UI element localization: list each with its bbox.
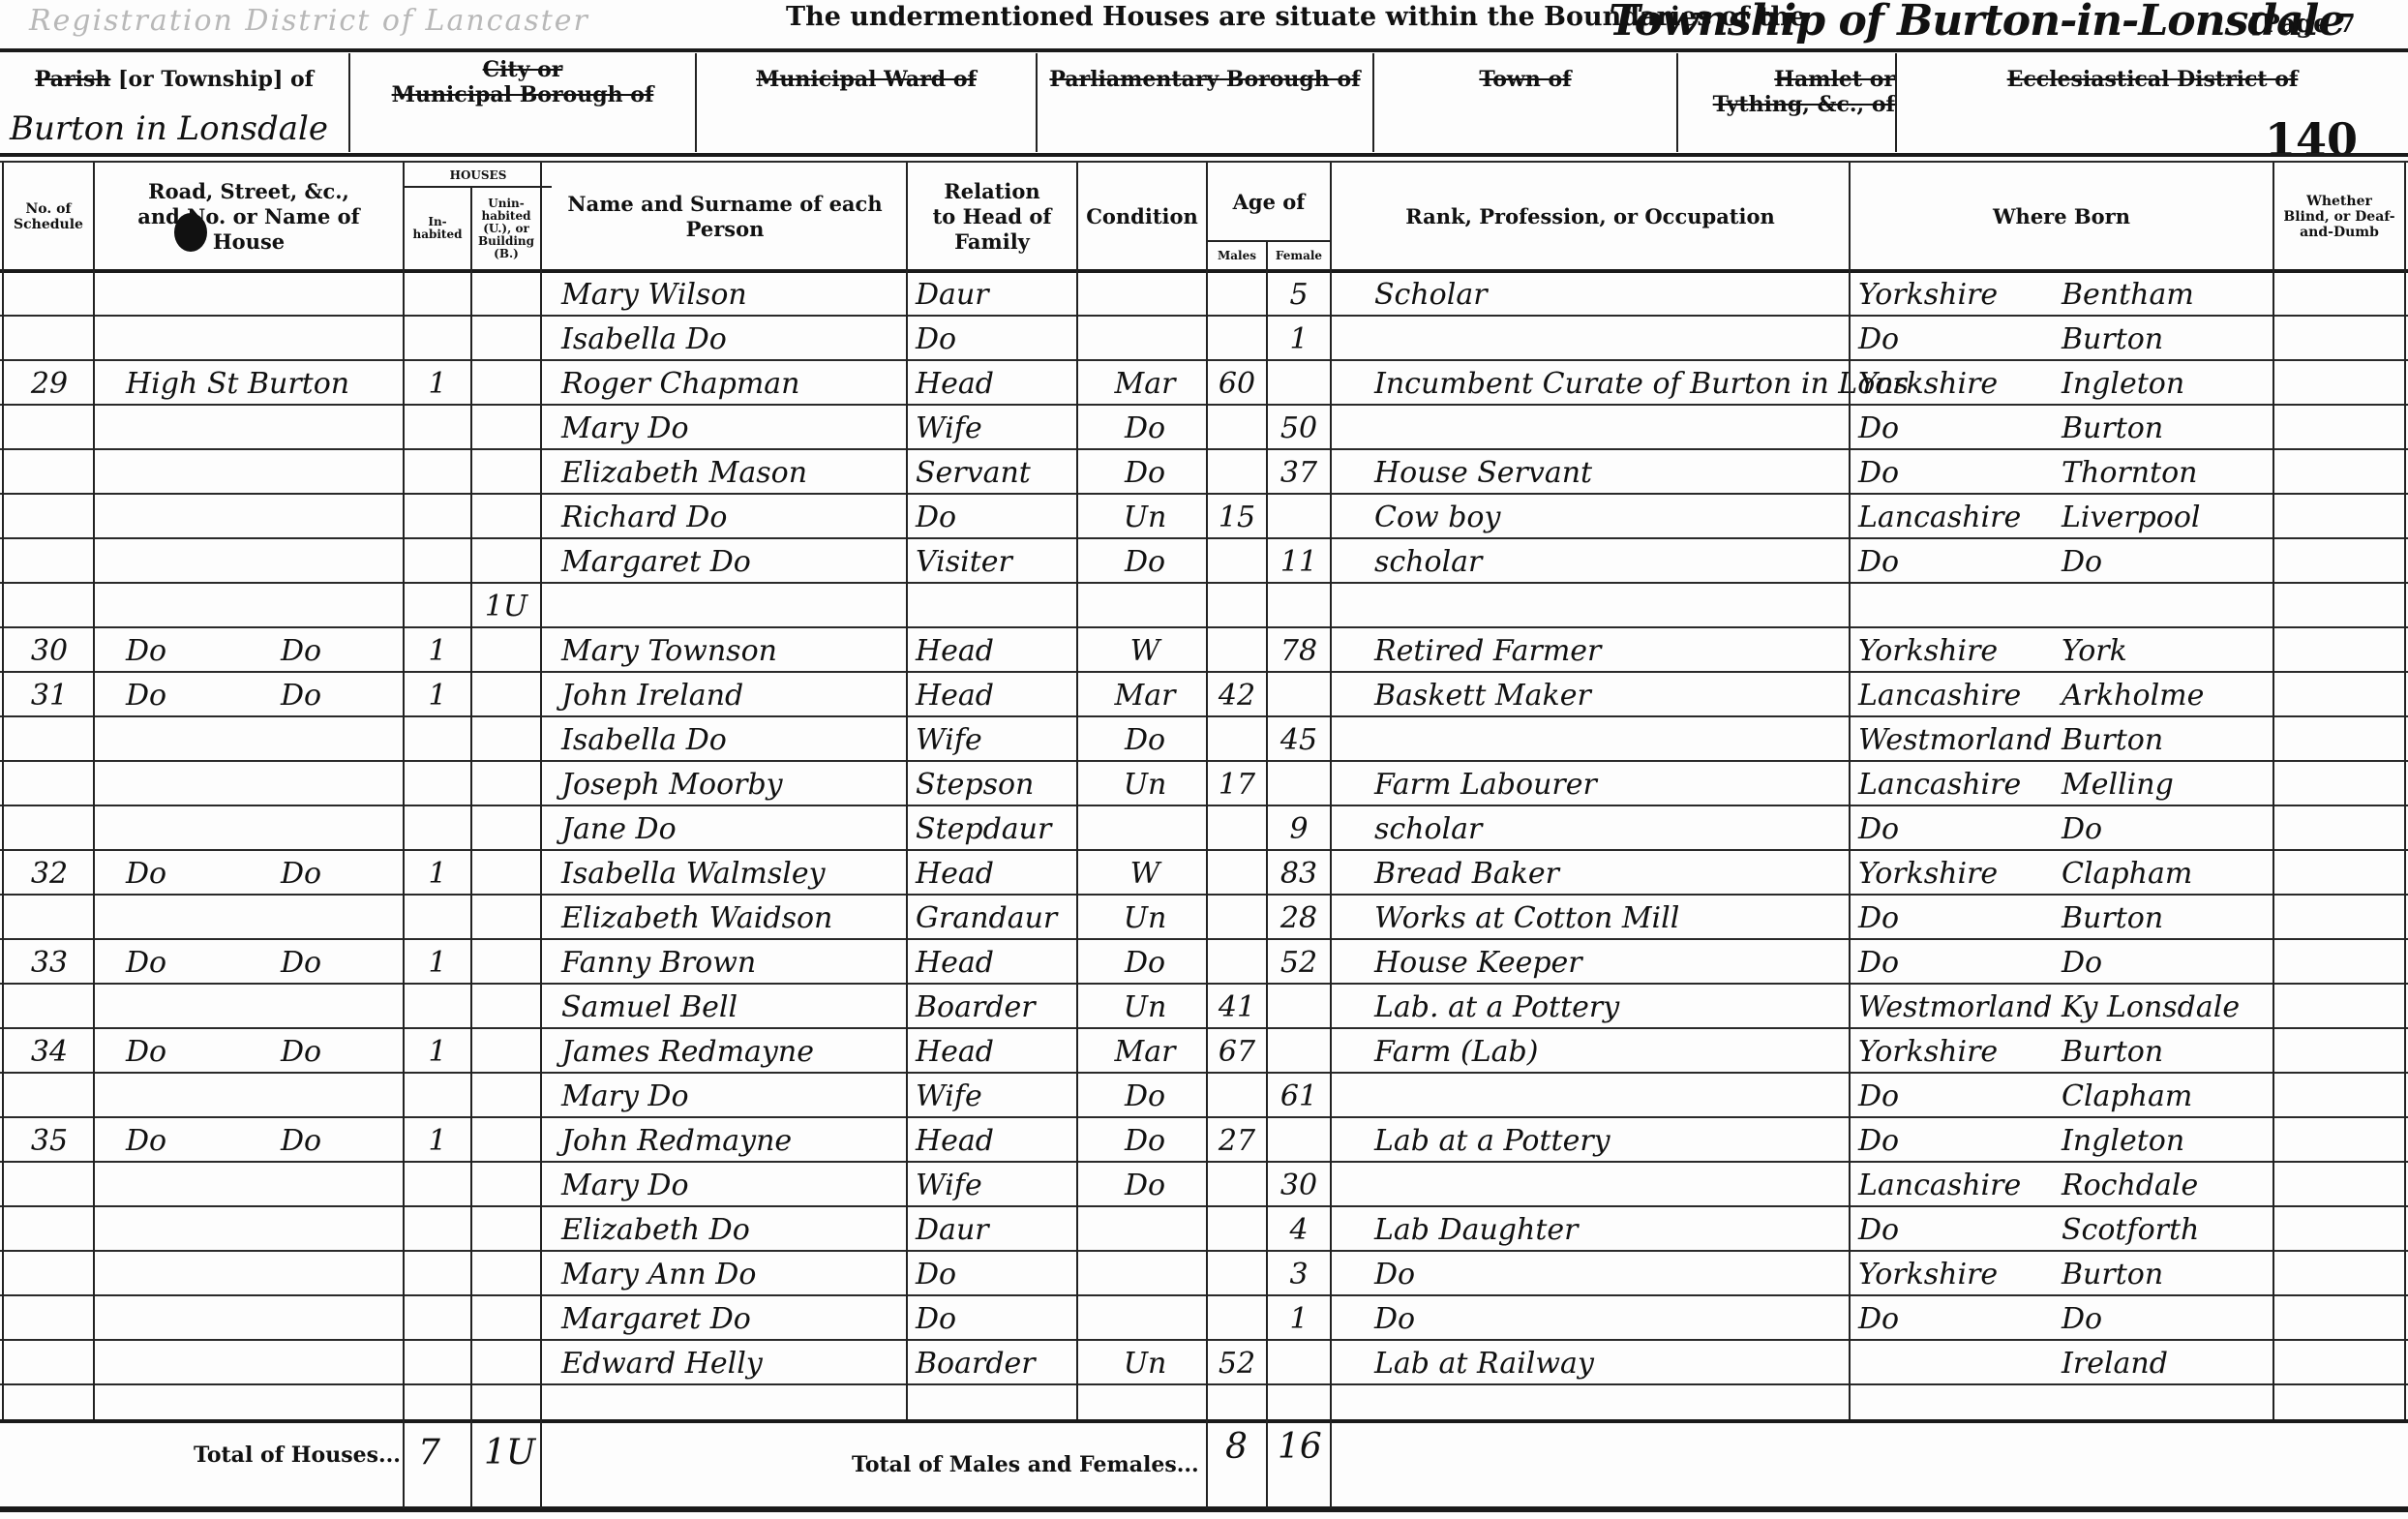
cell-condition: W <box>1084 629 1206 674</box>
cell-occupation: scholar <box>1374 540 1849 585</box>
cell-female-age <box>1268 763 1330 807</box>
cell-born-place: Do <box>2062 540 2274 585</box>
table-row: Elizabeth WaidsonGrandaurUn28Works at Co… <box>0 896 2408 941</box>
cell-name: Margaret Do <box>561 540 906 585</box>
cell-relation: Head <box>916 1030 1076 1075</box>
district-label: Municipal Ward of <box>697 67 1036 92</box>
cell-relation: Head <box>916 674 1076 718</box>
cell-road <box>126 1297 242 1342</box>
cell-road-b <box>281 1208 397 1253</box>
cell-blind <box>2274 763 2404 807</box>
cell-female-age: 52 <box>1268 941 1330 986</box>
total-males: 8 <box>1225 1427 1248 1467</box>
cell-blind <box>2274 1030 2404 1075</box>
cell-road <box>126 807 242 852</box>
cell-relation: Do <box>916 1253 1076 1297</box>
cell-occupation: Lab. at a Pottery <box>1374 986 1849 1030</box>
cell-inhabited <box>405 1075 470 1119</box>
district-parish: Parish [or Township] of Burton in Lonsda… <box>0 53 348 150</box>
cell-road <box>126 540 242 585</box>
table-row: Mary Ann DoDo3DoYorkshireBurton <box>0 1253 2408 1297</box>
cell-born-place: Clapham <box>2062 852 2274 896</box>
cell-blind <box>2274 1208 2404 1253</box>
cell-condition: Do <box>1084 1119 1206 1164</box>
column-rule <box>540 1419 542 1508</box>
cell-inhabited <box>405 451 470 496</box>
township-handwritten: Township of Burton-in-Lonsdale <box>1609 0 2344 46</box>
cell-born-county: Do <box>1858 540 2052 585</box>
district-value: Burton in Lonsdale <box>10 109 328 148</box>
header-label: HOUSES <box>450 169 507 182</box>
census-page: Registration District of Lancaster The u… <box>0 0 2408 1519</box>
page-number: [Page 7 <box>2249 10 2356 39</box>
cell-road <box>126 1342 242 1386</box>
table-row: Edward HellyBoarderUn52Lab at RailwayIre… <box>0 1342 2408 1386</box>
row-rule <box>0 760 2408 762</box>
cell-occupation: Do <box>1374 1297 1849 1342</box>
cell-name: Elizabeth Do <box>561 1208 906 1253</box>
table-row: Mary DoWifeDo61DoClapham <box>0 1075 2408 1119</box>
cell-inhabited: 1 <box>405 941 470 986</box>
cell-road <box>126 407 242 451</box>
cell-condition <box>1084 318 1206 362</box>
cell-uninhabited: 1U <box>472 585 540 629</box>
cell-road: Do <box>126 941 242 986</box>
cell-born-place: Scotforth <box>2062 1208 2274 1253</box>
cell-inhabited <box>405 1208 470 1253</box>
header-label: Relation <box>944 179 1039 204</box>
cell-female-age: 5 <box>1268 273 1330 318</box>
cell-inhabited <box>405 407 470 451</box>
cell-blind <box>2274 1342 2404 1386</box>
header-label: Males <box>1218 250 1256 262</box>
cell-road-b: Do <box>281 1030 397 1075</box>
header-condition: Condition <box>1078 165 1206 269</box>
header-label: Blind, or Deaf- <box>2283 209 2394 225</box>
cell-born-county: Do <box>1858 1297 2052 1342</box>
district-label: Town of <box>1374 67 1676 92</box>
district-label: Parliamentary Borough of <box>1038 67 1372 92</box>
header-label: Condition <box>1086 204 1198 229</box>
cell-born-place: Do <box>2062 1297 2274 1342</box>
district-parliamentary: Parliamentary Borough of <box>1038 53 1372 150</box>
cell-uninhabited <box>472 1253 540 1297</box>
cell-name: Richard Do <box>561 496 906 540</box>
column-rule <box>1330 1419 1332 1508</box>
cell-condition: Do <box>1084 540 1206 585</box>
cell-road-b <box>281 496 397 540</box>
cell-born-place: Clapham <box>2062 1075 2274 1119</box>
cell-schedule <box>6 273 93 318</box>
row-rule <box>0 1072 2408 1074</box>
cell-blind <box>2274 718 2404 763</box>
cell-occupation: Incumbent Curate of Burton in Lons <box>1374 362 1849 407</box>
cell-road-b <box>281 986 397 1030</box>
header-label: and-Dumb <box>2300 225 2379 240</box>
cell-female-age: 28 <box>1268 896 1330 941</box>
row-rule <box>0 359 2408 361</box>
cell-uninhabited <box>472 496 540 540</box>
cell-road-b <box>281 807 397 852</box>
cell-born-county: Lancashire <box>1858 1164 2052 1208</box>
row-rule <box>0 537 2408 539</box>
header-label: In-habited <box>405 216 470 241</box>
divider <box>0 1506 2408 1512</box>
ink-blot <box>174 213 207 252</box>
table-row: 29High St Burton1Roger ChapmanHeadMar60I… <box>0 362 2408 407</box>
cell-condition: Un <box>1084 896 1206 941</box>
cell-condition: Do <box>1084 1075 1206 1119</box>
district-label: Ecclesiastical District of <box>1897 67 2408 92</box>
cell-road: Do <box>126 674 242 718</box>
header-label: Name and Surname of each <box>567 192 882 217</box>
cell-road-b <box>281 1075 397 1119</box>
header-label: Family <box>954 229 1030 255</box>
cell-male-age <box>1208 718 1266 763</box>
cell-uninhabited <box>472 407 540 451</box>
cell-inhabited <box>405 807 470 852</box>
cell-occupation <box>1374 718 1849 763</box>
cell-female-age <box>1268 986 1330 1030</box>
header-label: House <box>213 229 285 255</box>
cell-schedule: 30 <box>6 629 93 674</box>
header-name: Name and Surname of each Person <box>544 165 906 269</box>
cell-occupation: Lab Daughter <box>1374 1208 1849 1253</box>
header-road: Road, Street, &c., and No. or Name of Ho… <box>95 165 403 269</box>
column-rule <box>2 163 4 1419</box>
cell-born-county: Do <box>1858 896 2052 941</box>
cell-condition <box>1084 1253 1206 1297</box>
cell-uninhabited <box>472 629 540 674</box>
cell-condition: Mar <box>1084 1030 1206 1075</box>
cell-female-age: 83 <box>1268 852 1330 896</box>
cell-condition <box>1084 585 1206 629</box>
cell-road <box>126 318 242 362</box>
cell-occupation: Cow boy <box>1374 496 1849 540</box>
cell-name: Elizabeth Waidson <box>561 896 906 941</box>
cell-male-age: 27 <box>1208 1119 1266 1164</box>
cell-born-place: Ireland <box>2062 1342 2274 1386</box>
column-rule <box>1849 163 1851 1419</box>
cell-blind <box>2274 852 2404 896</box>
table-row: Margaret DoDo1DoDoDo <box>0 1297 2408 1342</box>
cell-schedule <box>6 540 93 585</box>
cell-relation: Servant <box>916 451 1076 496</box>
cell-born-place: Burton <box>2062 896 2274 941</box>
row-rule <box>0 715 2408 717</box>
cell-condition: Do <box>1084 941 1206 986</box>
cell-schedule <box>6 585 93 629</box>
column-rule <box>1206 163 1208 1419</box>
column-rule <box>403 163 405 1419</box>
cell-road-b: Do <box>281 941 397 986</box>
row-rule <box>0 983 2408 985</box>
cell-blind <box>2274 896 2404 941</box>
cell-uninhabited <box>472 540 540 585</box>
cell-road-b <box>281 1164 397 1208</box>
header-uninhabited: Unin-habited (U.), or Building (B.) <box>472 188 540 269</box>
table-row: Elizabeth DoDaur4Lab DaughterDoScotforth <box>0 1208 2408 1253</box>
cell-male-age: 41 <box>1208 986 1266 1030</box>
cell-born-county: Yorkshire <box>1858 852 2052 896</box>
cell-name: Jane Do <box>561 807 906 852</box>
cell-name: Mary Do <box>561 1164 906 1208</box>
district-hamlet: Hamlet or Tything, &c., of <box>1678 53 1895 150</box>
cell-blind <box>2274 407 2404 451</box>
cell-relation: Grandaur <box>916 896 1076 941</box>
cell-road-b <box>281 1253 397 1297</box>
cell-name: Elizabeth Mason <box>561 451 906 496</box>
header-where-born: Where Born <box>1851 165 2273 269</box>
cell-male-age <box>1208 807 1266 852</box>
cell-male-age <box>1208 407 1266 451</box>
cell-road-b: Do <box>281 1119 397 1164</box>
cell-blind <box>2274 1253 2404 1297</box>
cell-schedule <box>6 1208 93 1253</box>
cell-road: Do <box>126 852 242 896</box>
cell-schedule <box>6 451 93 496</box>
cell-occupation: Lab at Railway <box>1374 1342 1849 1386</box>
cell-road-b <box>281 1297 397 1342</box>
cell-schedule: 34 <box>6 1030 93 1075</box>
row-rule <box>0 404 2408 406</box>
cell-relation: Visiter <box>916 540 1076 585</box>
header-males: Males <box>1208 242 1266 269</box>
cell-male-age <box>1208 585 1266 629</box>
row-rule <box>0 1027 2408 1029</box>
cell-road-b <box>281 540 397 585</box>
header-label: Person <box>686 217 765 242</box>
cell-born-place: Burton <box>2062 407 2274 451</box>
cell-name: Mary Do <box>561 407 906 451</box>
cell-uninhabited <box>472 807 540 852</box>
cell-uninhabited <box>472 1164 540 1208</box>
cell-schedule: 35 <box>6 1119 93 1164</box>
cell-schedule <box>6 407 93 451</box>
cell-name: Joseph Moorby <box>561 763 906 807</box>
cell-male-age: 52 <box>1208 1342 1266 1386</box>
cell-uninhabited <box>472 362 540 407</box>
cell-relation: Head <box>916 629 1076 674</box>
cell-born-place: Arkholme <box>2062 674 2274 718</box>
cell-inhabited: 1 <box>405 362 470 407</box>
cell-female-age: 11 <box>1268 540 1330 585</box>
cell-relation <box>916 585 1076 629</box>
column-rule <box>403 1419 405 1508</box>
cell-inhabited <box>405 496 470 540</box>
cell-female-age: 61 <box>1268 1075 1330 1119</box>
cell-schedule: 32 <box>6 852 93 896</box>
cell-born-place: Melling <box>2062 763 2274 807</box>
cell-uninhabited <box>472 273 540 318</box>
district-borough: City or Municipal Borough of <box>350 53 695 150</box>
cell-female-age: 4 <box>1268 1208 1330 1253</box>
cell-name: Fanny Brown <box>561 941 906 986</box>
cell-male-age <box>1208 540 1266 585</box>
cell-uninhabited <box>472 1075 540 1119</box>
cell-schedule: 33 <box>6 941 93 986</box>
cell-male-age <box>1208 1253 1266 1297</box>
column-rule <box>470 1419 472 1508</box>
cell-blind <box>2274 585 2404 629</box>
column-rule <box>93 163 95 1419</box>
header-label: Road, Street, &c., <box>148 179 349 204</box>
cell-occupation <box>1374 407 1849 451</box>
total-females: 16 <box>1278 1427 1322 1467</box>
row-rule <box>0 315 2408 317</box>
header-label: and No. or Name of <box>137 204 359 229</box>
cell-condition: Un <box>1084 496 1206 540</box>
cell-road <box>126 1164 242 1208</box>
cell-road-b <box>281 273 397 318</box>
cell-occupation: Lab at a Pottery <box>1374 1119 1849 1164</box>
district-label: City or <box>350 57 695 82</box>
cell-inhabited <box>405 1253 470 1297</box>
cell-road <box>126 718 242 763</box>
cell-inhabited: 1 <box>405 629 470 674</box>
cell-condition: W <box>1084 852 1206 896</box>
cell-occupation: Farm Labourer <box>1374 763 1849 807</box>
cell-blind <box>2274 496 2404 540</box>
cell-male-age <box>1208 318 1266 362</box>
cell-condition <box>1084 1208 1206 1253</box>
table-row: Jane DoStepdaur9scholarDoDo <box>0 807 2408 852</box>
divider <box>0 153 2408 157</box>
total-inhabited: 7 <box>418 1433 440 1473</box>
cell-name: Margaret Do <box>561 1297 906 1342</box>
column-rule <box>906 163 908 1419</box>
faded-registration-text: Registration District of Lancaster <box>29 4 589 38</box>
cell-road-b <box>281 585 397 629</box>
cell-born-place: Burton <box>2062 1030 2274 1075</box>
cell-born-county: Do <box>1858 807 2052 852</box>
cell-inhabited <box>405 540 470 585</box>
cell-uninhabited <box>472 941 540 986</box>
cell-road-b <box>281 451 397 496</box>
cell-male-age <box>1208 451 1266 496</box>
cell-relation: Do <box>916 318 1076 362</box>
cell-born-county: Do <box>1858 1075 2052 1119</box>
cell-born-county: Westmorland <box>1858 986 2052 1030</box>
row-rule <box>0 1383 2408 1385</box>
table-row: Isabella DoWifeDo45WestmorlandBurton <box>0 718 2408 763</box>
cell-born-county <box>1858 1342 2052 1386</box>
cell-uninhabited <box>472 718 540 763</box>
cell-name: John Ireland <box>561 674 906 718</box>
cell-relation: Wife <box>916 407 1076 451</box>
cell-born-county: Yorkshire <box>1858 362 2052 407</box>
cell-female-age <box>1268 1119 1330 1164</box>
header-label: No. of Schedule <box>4 201 93 232</box>
district-ward: Municipal Ward of <box>697 53 1036 150</box>
cell-male-age <box>1208 629 1266 674</box>
cell-born-place: Rochdale <box>2062 1164 2274 1208</box>
cell-inhabited: 1 <box>405 674 470 718</box>
cell-blind <box>2274 362 2404 407</box>
cell-blind <box>2274 1164 2404 1208</box>
cell-name: Roger Chapman <box>561 362 906 407</box>
cell-blind <box>2274 451 2404 496</box>
cell-blind <box>2274 1075 2404 1119</box>
cell-road <box>126 1208 242 1253</box>
cell-inhabited <box>405 1342 470 1386</box>
cell-inhabited <box>405 718 470 763</box>
row-rule <box>0 1161 2408 1163</box>
cell-condition <box>1084 1297 1206 1342</box>
cell-road-b <box>281 763 397 807</box>
cell-relation: Do <box>916 496 1076 540</box>
column-rule <box>470 188 472 1419</box>
header-houses: HOUSES <box>405 165 552 188</box>
district-label: Municipal Borough of <box>350 82 695 107</box>
cell-female-age <box>1268 362 1330 407</box>
row-rule <box>0 1339 2408 1341</box>
column-rule <box>2273 163 2274 1419</box>
cell-schedule: 29 <box>6 362 93 407</box>
cell-female-age <box>1268 585 1330 629</box>
cell-male-age <box>1208 1164 1266 1208</box>
cell-road <box>126 273 242 318</box>
cell-road-b <box>281 1342 397 1386</box>
column-rule <box>540 163 542 1419</box>
ecclesiastical-number: 140 <box>2265 113 2358 166</box>
cell-born-county: Lancashire <box>1858 496 2052 540</box>
cell-female-age: 1 <box>1268 318 1330 362</box>
cell-born-place: Ingleton <box>2062 362 2274 407</box>
cell-road <box>126 585 242 629</box>
row-rule <box>0 938 2408 940</box>
cell-born-place: Burton <box>2062 318 2274 362</box>
divider <box>0 1419 2408 1423</box>
cell-male-age: 15 <box>1208 496 1266 540</box>
cell-born-place <box>2062 585 2274 629</box>
table-row: Samuel BellBoarderUn41Lab. at a PotteryW… <box>0 986 2408 1030</box>
table-row: Margaret DoVisiterDo11scholarDoDo <box>0 540 2408 585</box>
cell-schedule <box>6 807 93 852</box>
cell-road <box>126 986 242 1030</box>
total-persons-label: Total of Males and Females... <box>852 1452 1199 1477</box>
cell-condition: Un <box>1084 986 1206 1030</box>
cell-relation: Wife <box>916 1164 1076 1208</box>
cell-uninhabited <box>472 852 540 896</box>
column-rule <box>1330 163 1332 1419</box>
cell-name: Mary Ann Do <box>561 1253 906 1297</box>
cell-born-place: Liverpool <box>2062 496 2274 540</box>
cell-female-age <box>1268 1030 1330 1075</box>
header-occupation: Rank, Profession, or Occupation <box>1332 165 1849 269</box>
table-row: 31DoDo1John IrelandHeadMar42Baskett Make… <box>0 674 2408 718</box>
cell-blind <box>2274 807 2404 852</box>
cell-occupation: Works at Cotton Mill <box>1374 896 1849 941</box>
cell-born-county: Yorkshire <box>1858 629 2052 674</box>
cell-inhabited <box>405 1297 470 1342</box>
cell-inhabited: 1 <box>405 852 470 896</box>
cell-born-county: Do <box>1858 1208 2052 1253</box>
cell-male-age <box>1208 1208 1266 1253</box>
cell-schedule <box>6 496 93 540</box>
cell-female-age <box>1268 674 1330 718</box>
cell-schedule <box>6 896 93 941</box>
cell-inhabited <box>405 585 470 629</box>
cell-born-county: Do <box>1858 1119 2052 1164</box>
cell-road: Do <box>126 1030 242 1075</box>
cell-name: James Redmayne <box>561 1030 906 1075</box>
cell-blind <box>2274 540 2404 585</box>
cell-name: Isabella Do <box>561 318 906 362</box>
district-ecclesiastical: Ecclesiastical District of 140 <box>1897 53 2408 150</box>
cell-born-place: Burton <box>2062 718 2274 763</box>
cell-occupation: Scholar <box>1374 273 1849 318</box>
